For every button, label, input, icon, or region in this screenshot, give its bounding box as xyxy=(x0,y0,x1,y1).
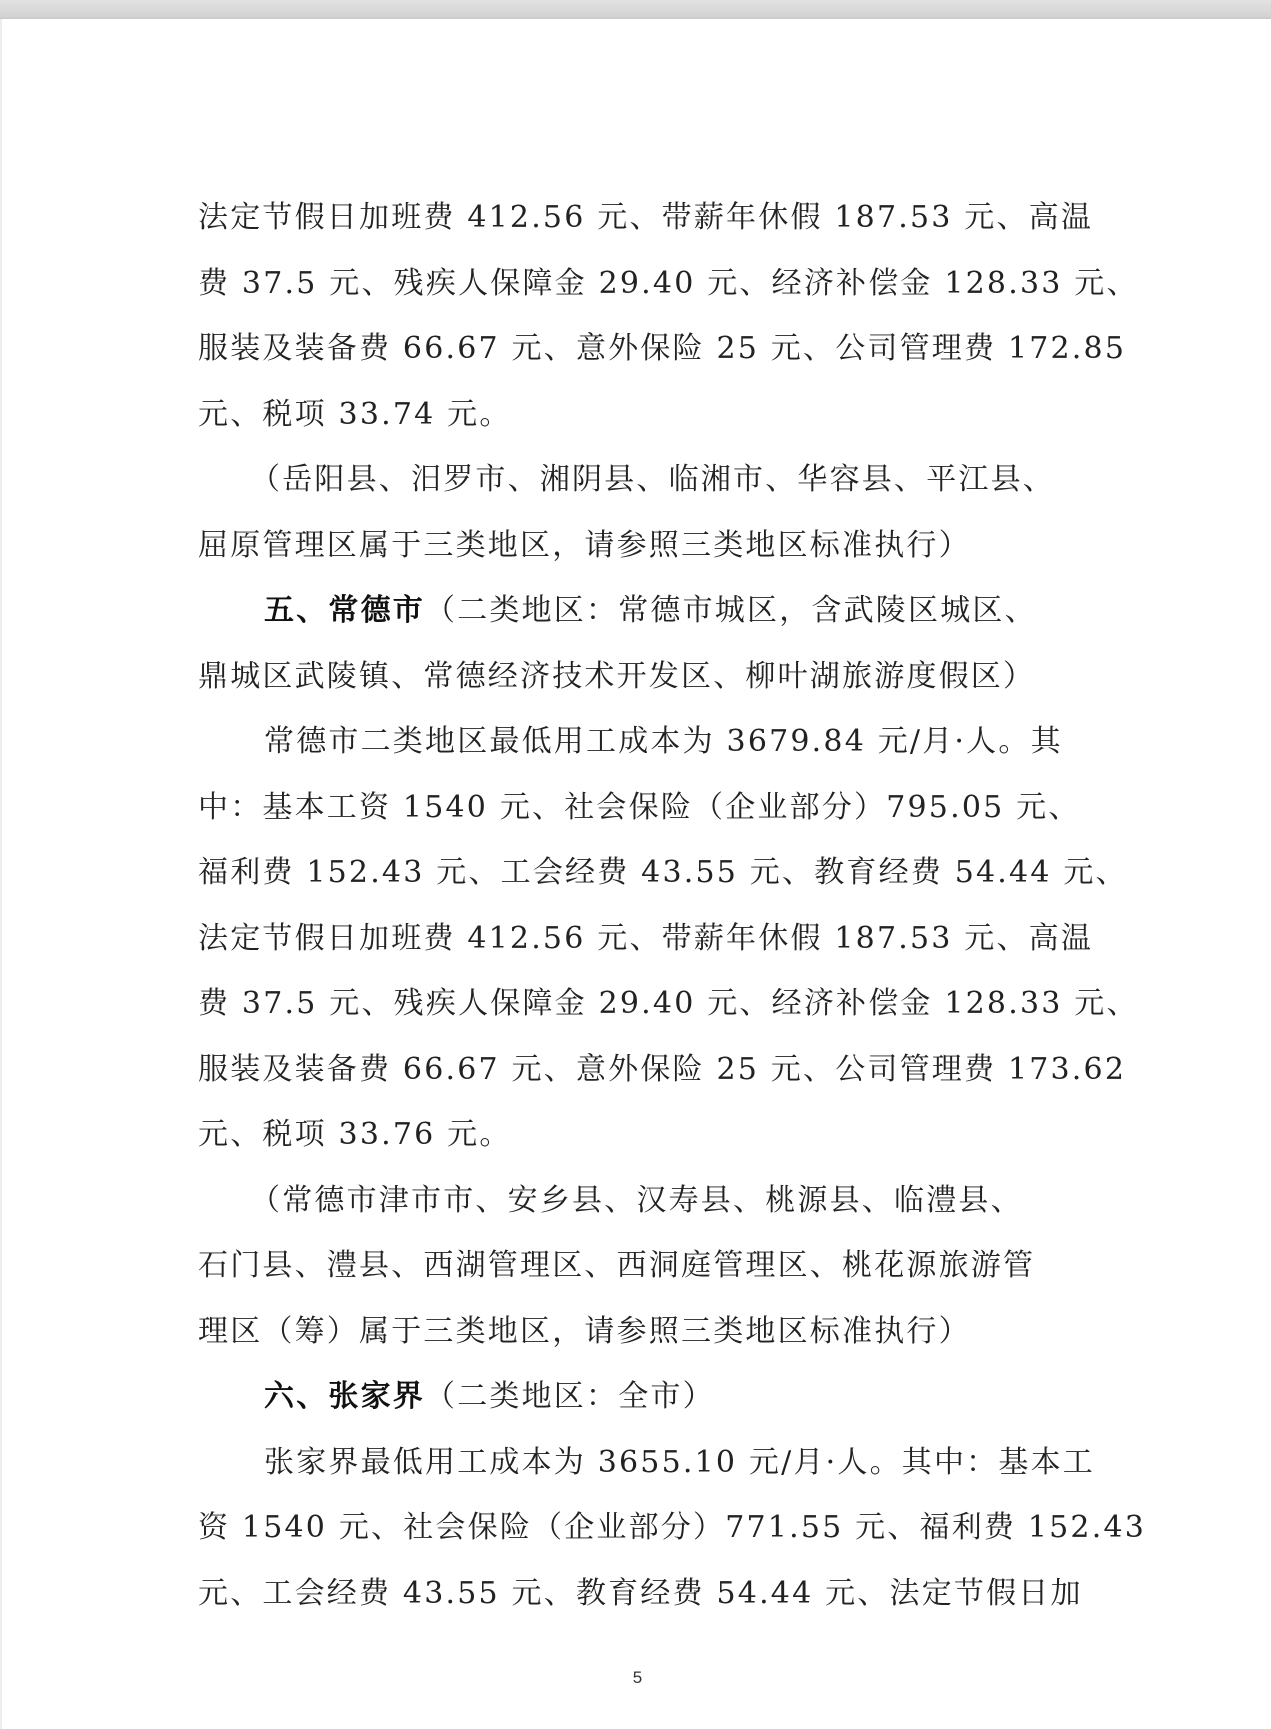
paragraph-line: 服装及装备费 66.67 元、意外保险 25 元、公司管理费 172.85 xyxy=(198,316,1088,382)
section-subtitle: （二类地区：常德市城区，含武陵区城区、 xyxy=(425,593,1037,628)
paragraph-line: 法定节假日加班费 412.56 元、带薪年休假 187.53 元、高温 xyxy=(198,906,1088,972)
paragraph-line: 鼎城区武陵镇、常德经济技术开发区、柳叶湖旅游度假区） xyxy=(198,644,1088,710)
paragraph-line: 服装及装备费 66.67 元、意外保险 25 元、公司管理费 173.62 xyxy=(198,1037,1088,1103)
paragraph-line: 法定节假日加班费 412.56 元、带薪年休假 187.53 元、高温 xyxy=(198,185,1088,251)
paragraph-line: 常德市二类地区最低用工成本为 3679.84 元/月·人。其 xyxy=(198,709,1088,775)
paragraph-line: 资 1540 元、社会保险（企业部分）771.55 元、福利费 152.43 xyxy=(198,1495,1088,1561)
viewer-top-bar xyxy=(0,0,1271,19)
paragraph-line: 张家界最低用工成本为 3655.10 元/月·人。其中：基本工 xyxy=(198,1430,1088,1496)
paragraph-line: （岳阳县、汨罗市、湘阴县、临湘市、华容县、平江县、 xyxy=(198,447,1088,513)
paragraph-line: 中：基本工资 1540 元、社会保险（企业部分）795.05 元、 xyxy=(198,775,1088,841)
paragraph-line: （常德市津市市、安乡县、汉寿县、桃源县、临澧县、 xyxy=(198,1168,1088,1234)
section-heading-zhangjiajie: 六、张家界（二类地区：全市） xyxy=(198,1364,1088,1430)
section-title: 五、常德市 xyxy=(264,593,425,628)
page-number: 5 xyxy=(2,1668,1271,1688)
paragraph-line: 石门县、澧县、西湖管理区、西洞庭管理区、桃花源旅游管 xyxy=(198,1233,1088,1299)
paragraph-line: 费 37.5 元、残疾人保障金 29.40 元、经济补偿金 128.33 元、 xyxy=(198,971,1088,1037)
paragraph-line: 费 37.5 元、残疾人保障金 29.40 元、经济补偿金 128.33 元、 xyxy=(198,251,1088,317)
paragraph-line: 元、税项 33.76 元。 xyxy=(198,1102,1088,1168)
section-title: 六、张家界 xyxy=(264,1379,425,1414)
document-page: 法定节假日加班费 412.56 元、带薪年休假 187.53 元、高温 费 37… xyxy=(0,19,1271,1729)
section-heading-changde: 五、常德市（二类地区：常德市城区，含武陵区城区、 xyxy=(198,578,1088,644)
section-subtitle: （二类地区：全市） xyxy=(425,1379,715,1414)
paragraph-line: 理区（筹）属于三类地区，请参照三类地区标准执行） xyxy=(198,1299,1088,1365)
paragraph-line: 元、工会经费 43.55 元、教育经费 54.44 元、法定节假日加 xyxy=(198,1561,1088,1627)
paragraph-line: 屈原管理区属于三类地区，请参照三类地区标准执行） xyxy=(198,513,1088,579)
paragraph-line: 元、税项 33.74 元。 xyxy=(198,382,1088,448)
paragraph-line: 福利费 152.43 元、工会经费 43.55 元、教育经费 54.44 元、 xyxy=(198,840,1088,906)
document-body: 法定节假日加班费 412.56 元、带薪年休假 187.53 元、高温 费 37… xyxy=(198,185,1088,1626)
